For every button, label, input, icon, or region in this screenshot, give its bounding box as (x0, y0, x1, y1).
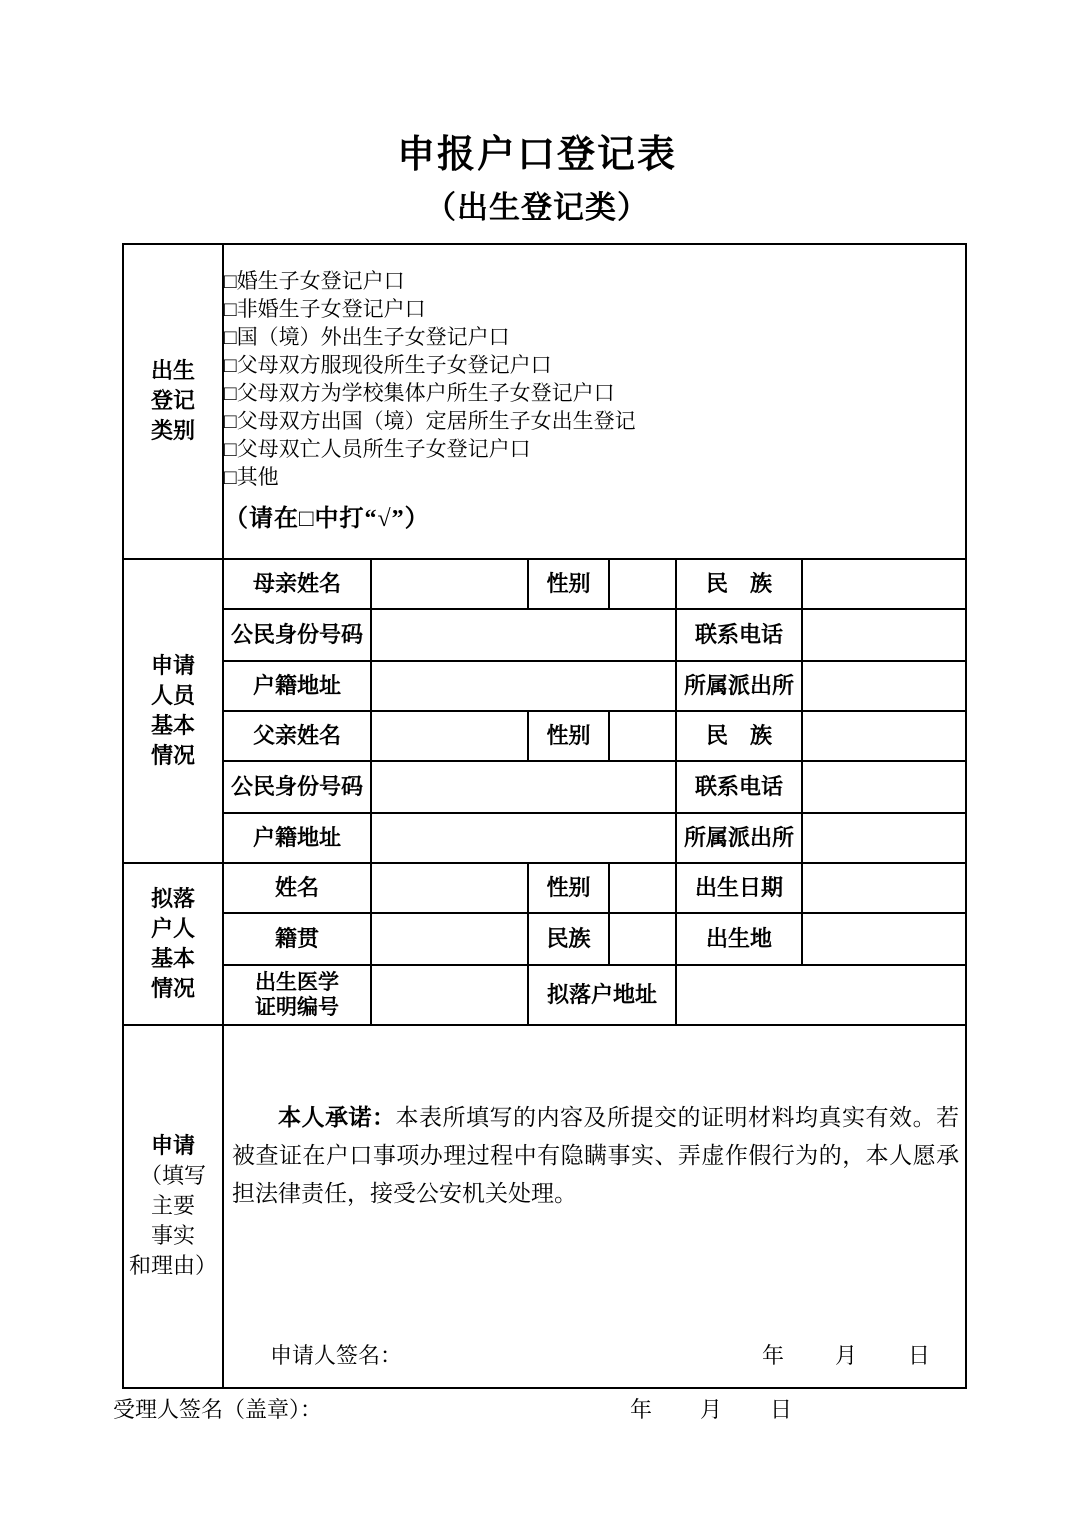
acceptor-signature-date: 年 月 日 (630, 1395, 792, 1425)
application-section-label: 申请 （填写 主要 事实 和理由） (123, 1025, 223, 1388)
mother-gender-label: 性别 (528, 559, 609, 609)
father-ethnicity-field[interactable] (802, 711, 966, 761)
birth-option-label: 父母双方服现役所生子女登记户口 (237, 353, 552, 377)
checkbox-icon[interactable]: □ (224, 465, 237, 489)
pledge-lead: 本人承诺： (278, 1105, 396, 1130)
father-address-row: 户籍地址 所属派出所 (123, 813, 966, 863)
mother-name-row: 申请 人员 基本 情况 母亲姓名 性别 民 族 (123, 559, 966, 609)
birth-option-label: 父母双方为学校集体户所生子女登记户口 (237, 381, 615, 405)
child-name-field[interactable] (371, 863, 528, 913)
child-origin-field[interactable] (371, 913, 528, 965)
father-police-station-label: 所属派出所 (676, 813, 802, 863)
father-address-label: 户籍地址 (223, 813, 371, 863)
child-ethnicity-label: 民族 (528, 913, 609, 965)
mother-gender-field[interactable] (609, 559, 676, 609)
child-birthplace-field[interactable] (802, 913, 966, 965)
applicant-section-label: 申请 人员 基本 情况 (123, 559, 223, 863)
mother-phone-field[interactable] (802, 609, 966, 661)
mother-id-row: 公民身份号码 联系电话 (123, 609, 966, 661)
checkbox-icon[interactable]: □ (224, 437, 237, 461)
date-day-label: 日 (770, 1395, 792, 1425)
father-name-label: 父亲姓名 (223, 711, 371, 761)
father-gender-field[interactable] (609, 711, 676, 761)
birth-option-label: 父母双亡人员所生子女登记户口 (237, 437, 531, 461)
pledge-paragraph: 本人承诺：本表所填写的内容及所提交的证明材料均真实有效。若被查证在户口事项办理过… (232, 1099, 959, 1213)
checkbox-icon[interactable]: □ (224, 297, 237, 321)
mother-police-station-label: 所属派出所 (676, 661, 802, 711)
child-birthdate-field[interactable] (802, 863, 966, 913)
checkbox-icon[interactable]: □ (224, 325, 237, 349)
settle-address-label: 拟落户地址 (528, 965, 676, 1025)
form-title: 申报户口登记表 (0, 0, 1074, 179)
father-ethnicity-label: 民 族 (676, 711, 802, 761)
birth-cert-number-field[interactable] (371, 965, 528, 1025)
checkbox-instruction: （请在□中打“√”） (224, 503, 965, 535)
mother-address-field[interactable] (371, 661, 676, 711)
father-name-field[interactable] (371, 711, 528, 761)
father-id-label: 公民身份号码 (223, 761, 371, 813)
checkbox-icon[interactable]: □ (224, 409, 237, 433)
applicant-signature-label: 申请人签名： (270, 1339, 402, 1370)
birth-option-8: □其他 (224, 463, 965, 491)
child-birthdate-label: 出生日期 (676, 863, 802, 913)
birth-category-section-label: 出生 登记 类别 (123, 244, 223, 559)
birth-option-label: 非婚生子女登记户口 (237, 297, 426, 321)
birth-option-4: □父母双方服现役所生子女登记户口 (224, 351, 965, 379)
father-police-station-field[interactable] (802, 813, 966, 863)
birth-option-label: 父母双方出国（境）定居所生子女出生登记 (237, 409, 636, 433)
father-name-row: 父亲姓名 性别 民 族 (123, 711, 966, 761)
date-month-label: 月 (700, 1395, 722, 1425)
checkbox-icon[interactable]: □ (224, 381, 237, 405)
acceptor-signature-label: 受理人签名（盖章）： (113, 1395, 322, 1425)
date-year-label: 年 (762, 1339, 784, 1370)
mother-name-label: 母亲姓名 (223, 559, 371, 609)
date-month-label: 月 (835, 1339, 857, 1370)
child-origin-row: 籍贯 民族 出生地 (123, 913, 966, 965)
child-name-label: 姓名 (223, 863, 371, 913)
mother-id-label: 公民身份号码 (223, 609, 371, 661)
birth-option-label: 婚生子女登记户口 (237, 269, 405, 293)
child-gender-field[interactable] (609, 863, 676, 913)
checkbox-icon[interactable]: □ (224, 269, 237, 293)
registrant-section-label: 拟落 户人 基本 情况 (123, 863, 223, 1025)
acceptor-signature-row: 受理人签名（盖章）： 年 月 日 (0, 1395, 1074, 1425)
child-origin-label: 籍贯 (223, 913, 371, 965)
form-subtitle: （出生登记类） (0, 191, 1074, 225)
mother-id-field[interactable] (371, 609, 676, 661)
child-birthplace-label: 出生地 (676, 913, 802, 965)
birth-option-label: 国（境）外出生子女登记户口 (237, 325, 510, 349)
registration-form-table: 出生 登记 类别 □婚生子女登记户口 □非婚生子女登记户口 □国（境）外出生子女… (122, 243, 967, 1389)
father-gender-label: 性别 (528, 711, 609, 761)
birth-option-3: □国（境）外出生子女登记户口 (224, 323, 965, 351)
mother-phone-label: 联系电话 (676, 609, 802, 661)
mother-address-row: 户籍地址 所属派出所 (123, 661, 966, 711)
birth-category-options-cell: □婚生子女登记户口 □非婚生子女登记户口 □国（境）外出生子女登记户口 □父母双… (223, 244, 966, 559)
father-id-row: 公民身份号码 联系电话 (123, 761, 966, 813)
father-phone-field[interactable] (802, 761, 966, 813)
father-id-field[interactable] (371, 761, 676, 813)
document-page: 申报户口登记表 （出生登记类） 出生 登记 类别 □婚生子女登记户口 □非婚生子… (0, 0, 1074, 1520)
application-row: 申请 （填写 主要 事实 和理由） 本人承诺：本表所填写的内容及所提交的证明材料… (123, 1025, 966, 1388)
checkbox-icon[interactable]: □ (224, 353, 237, 377)
application-content-cell: 本人承诺：本表所填写的内容及所提交的证明材料均真实有效。若被查证在户口事项办理过… (223, 1025, 966, 1388)
applicant-signature-date: 年 月 日 (762, 1339, 930, 1370)
mother-police-station-field[interactable] (802, 661, 966, 711)
birth-cert-number-label: 出生医学 证明编号 (223, 965, 371, 1025)
birth-option-2: □非婚生子女登记户口 (224, 295, 965, 323)
date-year-label: 年 (630, 1395, 652, 1425)
birth-cert-row: 出生医学 证明编号 拟落户地址 (123, 965, 966, 1025)
birth-option-6: □父母双方出国（境）定居所生子女出生登记 (224, 407, 965, 435)
birth-option-1: □婚生子女登记户口 (224, 267, 965, 295)
date-day-label: 日 (908, 1339, 930, 1370)
mother-name-field[interactable] (371, 559, 528, 609)
birth-option-label: 其他 (237, 465, 279, 489)
child-name-row: 拟落 户人 基本 情况 姓名 性别 出生日期 (123, 863, 966, 913)
birth-option-7: □父母双亡人员所生子女登记户口 (224, 435, 965, 463)
birth-category-row: 出生 登记 类别 □婚生子女登记户口 □非婚生子女登记户口 □国（境）外出生子女… (123, 244, 966, 559)
applicant-signature-row: 申请人签名： 年 月 日 (224, 1339, 965, 1386)
mother-ethnicity-label: 民 族 (676, 559, 802, 609)
settle-address-field[interactable] (676, 965, 966, 1025)
mother-address-label: 户籍地址 (223, 661, 371, 711)
mother-ethnicity-field[interactable] (802, 559, 966, 609)
birth-option-5: □父母双方为学校集体户所生子女登记户口 (224, 379, 965, 407)
child-gender-label: 性别 (528, 863, 609, 913)
father-address-field[interactable] (371, 813, 676, 863)
father-phone-label: 联系电话 (676, 761, 802, 813)
child-ethnicity-field[interactable] (609, 913, 676, 965)
